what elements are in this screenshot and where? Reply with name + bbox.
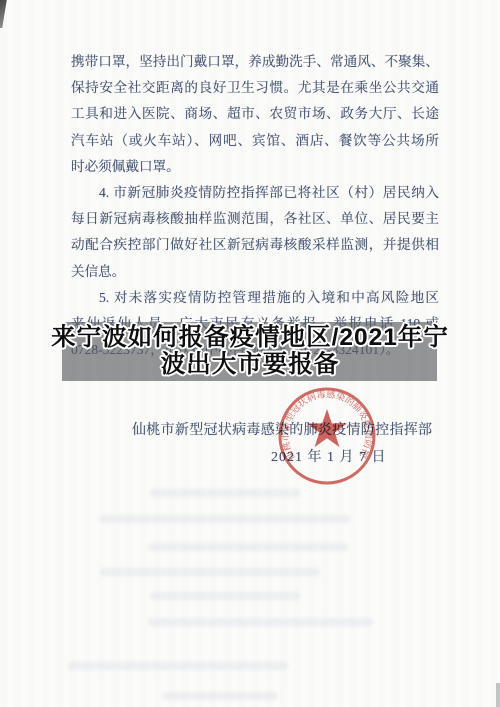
official-seal: 仙桃市新型冠状病毒感染的肺炎疫情防控指挥部 bbox=[277, 386, 377, 486]
body-text-line: 工具和进入医院、商场、超市、农贸市场、政务大厅、长途 bbox=[71, 101, 439, 127]
bleedthrough-line bbox=[148, 618, 373, 626]
overlay-title-line-1: 来宁波如何报备疫情地区/2021年宁 bbox=[0, 325, 500, 352]
scanned-document-page: 携带口罩，坚持出门戴口罩，养成勤洗手、常通风、不聚集、 保持安全社交距离的良好卫… bbox=[0, 0, 500, 707]
body-text-line: 每日新冠病毒核酸抽样监测范围，各社区、单位、居民要主 bbox=[71, 206, 439, 232]
bleedthrough-line bbox=[100, 515, 350, 523]
body-text-line-item-4: 4. 市新冠肺炎疫情防控指挥部已将社区（村）居民纳入 bbox=[71, 180, 439, 206]
body-text-line: 动配合疾控部门做好社区新冠病毒核酸采样监测，并提供相 bbox=[71, 232, 439, 258]
star-icon bbox=[307, 409, 347, 447]
body-text-line: 保持安全社交距离的良好卫生习惯。尤其是在乘坐公共交通 bbox=[71, 75, 439, 101]
body-text-line-item-5: 5. 对未落实疫情防控管理措施的入境和中高风险地区 bbox=[71, 285, 439, 311]
bleedthrough-line bbox=[150, 489, 300, 497]
bleedthrough-line bbox=[100, 568, 320, 576]
bleedthrough-line bbox=[150, 592, 300, 600]
scan-corner-artifact bbox=[0, 0, 9, 28]
bleedthrough-line bbox=[148, 543, 348, 551]
body-text-line: 携带口罩，坚持出门戴口罩，养成勤洗手、常通风、不聚集、 bbox=[71, 49, 439, 75]
overlay-title: 来宁波如何报备疫情地区/2021年宁 波出大市要报备 bbox=[0, 325, 500, 378]
scan-edge-artifact bbox=[496, 683, 500, 707]
body-text-line: 关信息。 bbox=[71, 259, 439, 285]
body-text-line: 汽车站（或火车站）、网吧、宾馆、酒店、餐饮等公共场所 bbox=[71, 128, 439, 154]
body-text-line: 时必须佩戴口罩。 bbox=[71, 154, 439, 180]
bleedthrough-line bbox=[68, 662, 288, 670]
document-body: 携带口罩，坚持出门戴口罩，养成勤洗手、常通风、不聚集、 保持安全社交距离的良好卫… bbox=[71, 49, 439, 363]
bleedthrough-line bbox=[163, 692, 278, 700]
overlay-title-line-2: 波出大市要报备 bbox=[0, 352, 500, 379]
